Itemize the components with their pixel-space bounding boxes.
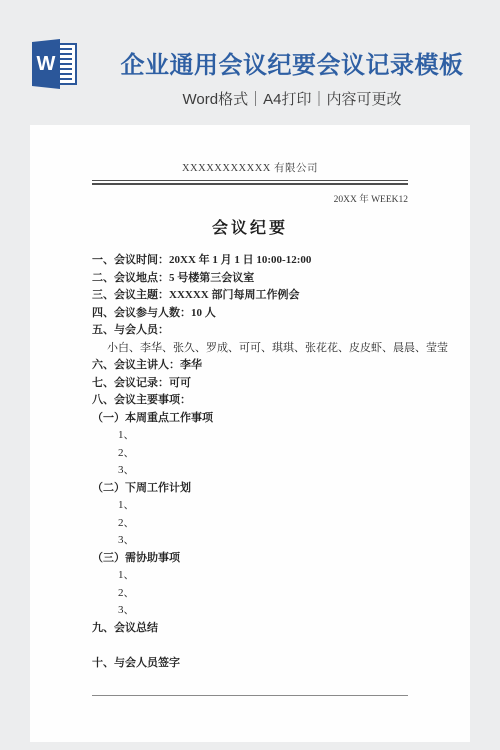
doc-line: 2、	[92, 518, 408, 529]
preview-header: W 企业通用会议纪要会议记录模板 Word格式｜A4打印｜内容可更改	[0, 0, 500, 125]
doc-line: 四、会议参与人数：10 人	[92, 308, 408, 319]
doc-line: 七、会议记录：可可	[92, 378, 408, 389]
doc-line: 2、	[92, 588, 408, 599]
template-title: 企业通用会议纪要会议记录模板	[90, 45, 494, 80]
doc-line: 五、与会人员：	[92, 325, 408, 336]
company-name: XXXXXXXXXXX 有限公司	[92, 160, 408, 175]
doc-line: 八、会议主要事项：	[92, 395, 408, 406]
doc-line: （三）需协助事项	[92, 553, 408, 564]
doc-line: （二）下周工作计划	[92, 483, 408, 494]
doc-line: 九、会议总结	[92, 623, 408, 634]
doc-line: 六、会议主讲人：李华	[92, 360, 408, 371]
word-logo-icon: W	[32, 39, 77, 89]
doc-line: 3、	[92, 605, 408, 616]
doc-line: 1、	[92, 430, 408, 441]
doc-line: 3、	[92, 465, 408, 476]
doc-line: 十、与会人员签字	[92, 658, 408, 669]
doc-line: 小白、李华、张久、罗成、可可、琪琪、张花花、皮皮虾、晨晨、莹莹	[92, 343, 408, 354]
template-subtitle: Word格式｜A4打印｜内容可更改	[90, 88, 494, 109]
header-double-rule	[92, 180, 408, 185]
doc-line: 二、会议地点：5 号楼第三会议室	[92, 273, 408, 284]
footer-rule	[92, 695, 408, 696]
doc-line: 3、	[92, 535, 408, 546]
doc-line: 1、	[92, 500, 408, 511]
doc-line: （一）本周重点工作事项	[92, 413, 408, 424]
document-body: 一、会议时间：20XX 年 1 月 1 日 10:00-12:00二、会议地点：…	[92, 255, 408, 669]
blank-line	[92, 640, 408, 651]
week-label: 20XX 年 WEEK12	[92, 191, 408, 205]
document-title: 会议纪要	[92, 215, 408, 238]
doc-line: 一、会议时间：20XX 年 1 月 1 日 10:00-12:00	[92, 255, 408, 266]
doc-line: 1、	[92, 570, 408, 581]
doc-line: 2、	[92, 448, 408, 459]
document-page: XXXXXXXXXXX 有限公司 20XX 年 WEEK12 会议纪要 一、会议…	[30, 125, 470, 742]
doc-line: 三、会议主题：XXXXX 部门每周工作例会	[92, 290, 408, 301]
header-text-block: 企业通用会议纪要会议记录模板 Word格式｜A4打印｜内容可更改	[90, 45, 494, 109]
word-logo-letter: W	[32, 39, 60, 89]
